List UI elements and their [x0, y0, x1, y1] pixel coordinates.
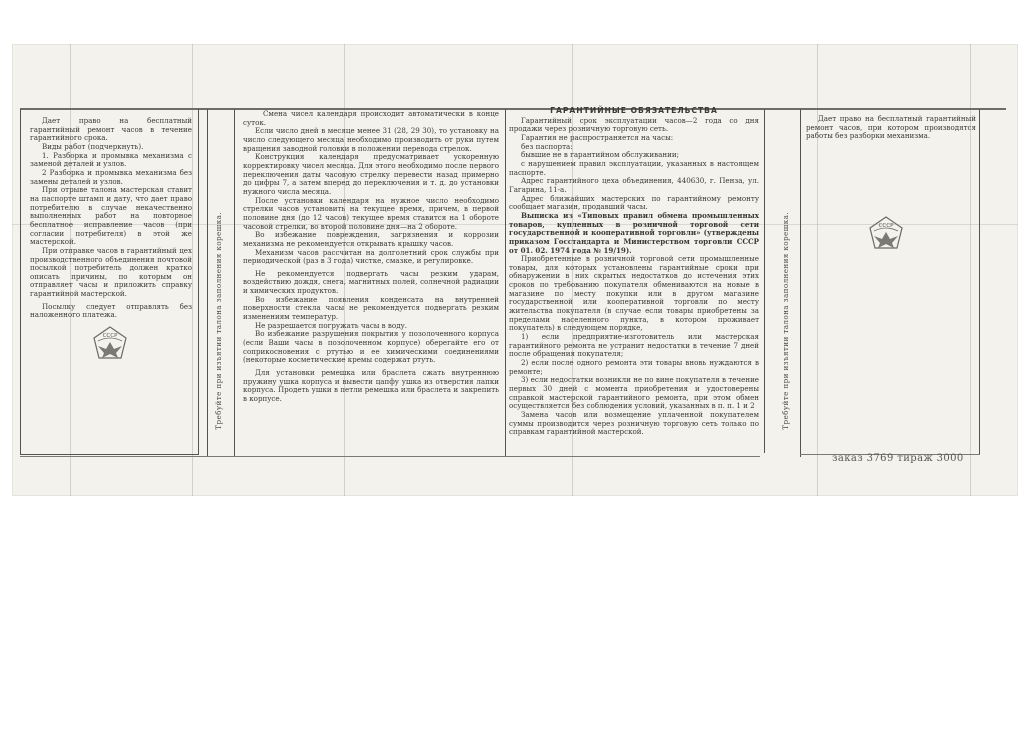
paragraph: Для установки ремешка или браслета сжать… — [243, 369, 499, 404]
warranty-text: ГАРАНТИЙНЫЕ ОБЯЗАТЕЛЬСТВА Гарантийный ср… — [509, 107, 759, 437]
cut-line — [234, 109, 235, 457]
paragraph: Смена чисел календаря происходит автомат… — [243, 110, 499, 127]
paragraph: Во избежание появления конденсата на вну… — [243, 296, 499, 322]
paragraph: Конструкция календаря предусматривает ус… — [243, 153, 499, 196]
fold-crease — [817, 44, 818, 496]
cut-line — [800, 109, 801, 457]
fold-crease — [970, 44, 971, 496]
cut-line — [207, 109, 208, 457]
stub-border — [979, 109, 980, 454]
column-divider — [764, 109, 765, 453]
right-stub-text: Дает право на бесплатный гарантийный рем… — [806, 115, 976, 141]
paragraph: Дает право на бесплатный гарантийный рем… — [806, 115, 976, 141]
paragraph: После установки календаря на нужное числ… — [243, 197, 499, 232]
instructions-text: Смена чисел календаря происходит автомат… — [243, 110, 499, 404]
warranty-title: ГАРАНТИЙНЫЕ ОБЯЗАТЕЛЬСТВА — [509, 107, 759, 116]
paragraph: Во избежание разрушения покрытия у позол… — [243, 330, 499, 365]
paragraph: Адрес ближайших мастерских по гарантийно… — [509, 195, 759, 212]
svg-text:СССР: СССР — [879, 223, 895, 229]
paragraph: Замена часов или возмещение уплаченной п… — [509, 411, 759, 437]
paragraph: Механизм часов рассчитан на долголетний … — [243, 249, 499, 266]
quality-mark-logo: СССР — [90, 323, 130, 363]
column-divider — [505, 109, 506, 457]
quality-mark-logo: СССР — [866, 213, 906, 253]
paragraph: Выписка из «Типовых правил обмена промыш… — [509, 212, 759, 255]
print-run-footer: заказ 3769 тираж 3000 — [832, 453, 964, 464]
paragraph: При отправке часов в гарантийный цех про… — [30, 247, 192, 299]
paragraph: Посылку следует отправлять без наложенно… — [30, 303, 192, 320]
paragraph: Адрес гарантийного цеха объединения, 440… — [509, 177, 759, 194]
paragraph: Если число дней в месяце менее 31 (28, 2… — [243, 127, 499, 153]
svg-text:СССР: СССР — [103, 333, 119, 339]
paragraph: 2 Разборка и промывка механизма без заме… — [30, 169, 192, 186]
paragraph: Не рекомендуется подвергать часы резким … — [243, 270, 499, 296]
paragraph: с нарушением правил эксплуатации, указан… — [509, 160, 759, 177]
right-vertical-note: Требуйте при изъятии талона заполнения к… — [781, 212, 790, 430]
paragraph: Приобретенные в розничной торговой сети … — [509, 255, 759, 333]
paragraph: 1) если предприятие-изготовитель или мас… — [509, 333, 759, 359]
paragraph: 3) если недостатки возникли не по вине п… — [509, 376, 759, 411]
paragraph: 1. Разборка и промывка механизма с замен… — [30, 152, 192, 169]
paragraph: Гарантийный срок эксплуатации часов—2 го… — [509, 117, 759, 134]
paragraph: 2) если после одного ремонта эти товары … — [509, 359, 759, 376]
paragraph: При отрыве талона мастерская ставит на п… — [30, 186, 192, 247]
paragraph: Дает право на бесплатный гарантийный рем… — [30, 117, 192, 143]
left-vertical-note: Требуйте при изъятии талона заполнения к… — [214, 212, 223, 430]
left-stub-text: Дает право на бесплатный гарантийный рем… — [30, 117, 192, 320]
paragraph: Во избежание повреждения, загрязнения и … — [243, 231, 499, 248]
bottom-border-rule — [20, 456, 760, 457]
